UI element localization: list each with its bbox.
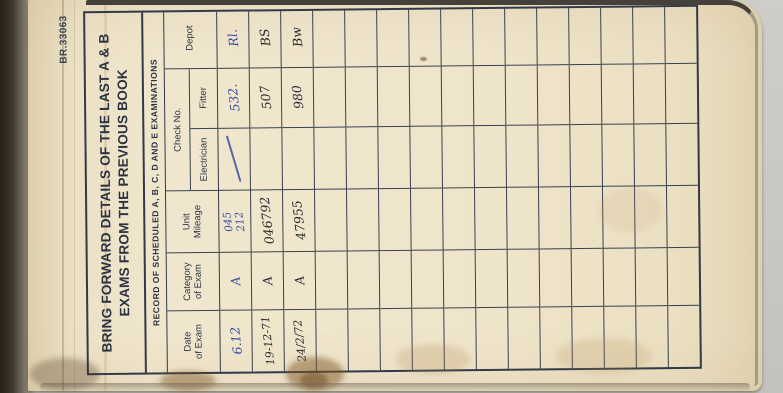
cell-depot	[665, 3, 697, 63]
cell-depot	[441, 5, 473, 65]
handwriting-mileage_line2: 212	[234, 211, 247, 232]
cell-fitter	[378, 66, 410, 126]
cell-depot	[473, 5, 505, 65]
col-header-category: Category of Exam	[167, 252, 220, 311]
cell-depot	[345, 6, 377, 66]
handwriting-depot: Bw	[288, 26, 305, 47]
handwriting-depot: BS	[256, 28, 273, 47]
handwriting-fitter: 507	[257, 85, 275, 110]
cell-mileage: 046792	[251, 189, 283, 251]
cell-fitter	[602, 63, 634, 123]
cell-date	[572, 306, 604, 368]
cell-category	[636, 247, 668, 305]
cell-electrician	[506, 124, 538, 186]
cell-electrician	[602, 123, 634, 185]
header-row: Date of Exam Category of Exam Unit Milea…	[164, 12, 221, 373]
handwriting-fitter: 980	[289, 85, 307, 110]
cell-fitter: 980	[282, 67, 314, 127]
page-edge-crease	[74, 0, 75, 391]
cell-depot: Rl.	[217, 8, 249, 68]
cell-fitter	[442, 65, 474, 125]
cell-fitter	[474, 65, 506, 125]
table-row	[601, 7, 637, 367]
cell-mileage	[539, 186, 571, 248]
cell-electrician	[442, 125, 474, 187]
cell-mileage	[571, 186, 603, 248]
col-header-check-no: Check No.	[165, 69, 191, 190]
exam-record-table: BR.33063 BRING FORWARD DETAILS OF THE LA…	[83, 5, 702, 375]
cell-fitter	[506, 64, 538, 124]
table-row	[441, 9, 477, 369]
cell-fitter	[538, 64, 570, 124]
cell-date	[540, 306, 572, 368]
handwriting-fitter: 532.	[224, 83, 242, 112]
col-header-check-no-group: Check No. Electrician Fitter	[165, 68, 218, 191]
cell-mileage	[603, 185, 635, 247]
cell-category: A	[284, 251, 316, 309]
cell-electrician	[282, 127, 314, 189]
cell-category	[348, 250, 380, 308]
cell-electrician	[474, 125, 506, 187]
cell-fitter	[634, 63, 666, 123]
table-row	[665, 7, 700, 367]
handwriting-date: 6.12	[227, 326, 245, 355]
handwriting-date: 19-12-71	[259, 316, 278, 367]
col-header-date: Date of Exam	[167, 310, 220, 373]
cell-date	[476, 307, 508, 369]
cell-date: 19-12-71	[252, 309, 284, 371]
cell-date	[604, 305, 636, 367]
cell-fitter: 532.	[218, 67, 250, 127]
cell-fitter	[314, 66, 346, 126]
cell-category	[572, 248, 604, 306]
cell-fitter	[346, 66, 378, 126]
cell-mileage	[379, 188, 411, 250]
cell-depot	[505, 4, 537, 64]
cell-electrician	[570, 124, 602, 186]
handwriting-category: A	[259, 275, 275, 286]
cell-category	[380, 250, 412, 308]
cell-depot	[633, 3, 665, 63]
table-row	[505, 8, 541, 368]
cell-date: 6.12	[220, 309, 252, 371]
col-header-fitter: Fitter	[190, 68, 218, 128]
handwriting-date: 24/2/72	[291, 319, 309, 363]
cell-mileage	[411, 187, 443, 249]
cell-date	[636, 305, 668, 367]
handwriting-category: A	[291, 275, 307, 286]
scanned-document-photo: BR.33063 BRING FORWARD DETAILS OF THE LA…	[0, 0, 783, 393]
cell-fitter	[410, 65, 442, 125]
cell-mileage	[315, 188, 347, 250]
cell-date	[668, 305, 700, 367]
cell-depot	[409, 5, 441, 65]
cell-date: 24/2/72	[284, 309, 316, 371]
table-row: 6.12A045212532.Rl.	[217, 11, 253, 371]
cell-depot	[313, 6, 345, 66]
col-header-depot: Depot	[164, 8, 217, 69]
exam-record-form: BR.33063 BRING FORWARD DETAILS OF THE LA…	[83, 5, 702, 375]
cell-electrician	[250, 127, 282, 189]
cell-category	[412, 249, 444, 307]
page-bottom-edge-shadow	[40, 383, 750, 391]
handwriting-depot: Rl.	[224, 28, 241, 47]
cell-electrician	[634, 123, 666, 185]
cell-depot: Bw	[281, 7, 313, 67]
form-title-line2: EXAMS FROM THE PREVIOUS BOOK	[114, 69, 134, 316]
cell-category: A	[252, 251, 284, 309]
cell-date	[348, 308, 380, 370]
cell-mileage	[443, 187, 475, 249]
cell-electrician	[314, 126, 346, 188]
col-header-mileage: Unit Mileage	[166, 190, 219, 253]
handwriting-category: A	[227, 276, 243, 287]
cell-date	[380, 308, 412, 370]
cell-fitter	[570, 64, 602, 124]
table-row	[633, 7, 669, 367]
cell-fitter: 507	[250, 67, 282, 127]
cell-depot	[377, 6, 409, 66]
table-row: 19-12-71A046792507BS	[249, 11, 285, 371]
cell-electrician	[666, 123, 698, 185]
table-row	[345, 10, 381, 370]
col-header-electrician: Electrician	[190, 128, 218, 190]
data-rows: 6.12A045212532.Rl.19-12-71A046792507BS24…	[217, 7, 700, 372]
cell-mileage	[635, 185, 667, 247]
cell-category	[540, 248, 572, 306]
table-row	[409, 9, 445, 369]
table-row	[537, 8, 573, 368]
cell-electrician	[346, 126, 378, 188]
cell-mileage: 47955	[283, 189, 315, 251]
cell-mileage	[347, 188, 379, 250]
cell-electrician	[378, 126, 410, 188]
cell-mileage: 045212	[219, 189, 251, 251]
cell-depot: BS	[249, 7, 281, 67]
table-row	[377, 10, 413, 370]
cell-category	[668, 247, 700, 305]
cell-date	[508, 306, 540, 368]
cell-mileage	[475, 187, 507, 249]
handwriting-mileage: 47955	[289, 200, 308, 241]
cell-depot	[569, 4, 601, 64]
cell-mileage	[667, 185, 699, 247]
table-row: 24/2/72A47955980Bw	[281, 11, 317, 371]
cell-depot	[537, 4, 569, 64]
cell-fitter	[666, 63, 698, 123]
table-row	[473, 9, 509, 369]
cell-category: A	[220, 251, 252, 309]
cell-date	[444, 307, 476, 369]
cell-electrician	[410, 125, 442, 187]
table-row	[313, 10, 349, 370]
cell-date	[412, 307, 444, 369]
cell-category	[508, 248, 540, 306]
handwriting-mileage: 046792	[257, 196, 277, 245]
cell-category	[604, 247, 636, 305]
form-number: BR.33063	[58, 15, 70, 63]
form-title: BRING FORWARD DETAILS OF THE LAST A & B …	[85, 13, 147, 374]
cell-date	[316, 308, 348, 370]
cell-depot	[601, 3, 633, 63]
cell-mileage	[507, 186, 539, 248]
cell-electrician	[538, 124, 570, 186]
cell-category	[444, 249, 476, 307]
cell-category	[476, 249, 508, 307]
electrician-dash-mark	[226, 136, 242, 183]
cell-category	[316, 250, 348, 308]
table-row	[569, 8, 605, 368]
cell-electrician	[218, 127, 250, 189]
